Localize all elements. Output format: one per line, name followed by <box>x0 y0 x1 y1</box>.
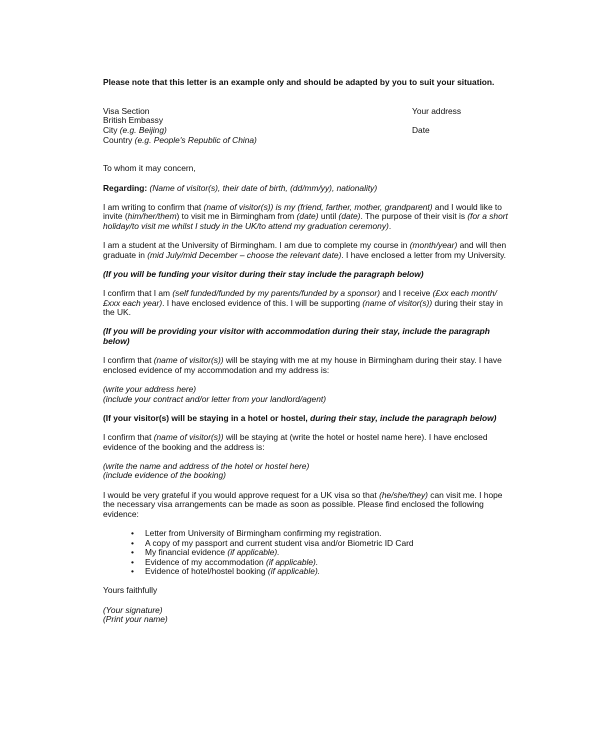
text-span: Evidence of hotel/hostel booking <box>145 566 268 576</box>
text-span: Letter from University of Birmingham con… <box>145 528 381 538</box>
paragraph-funding: I confirm that I am (self funded/funded … <box>103 289 513 318</box>
text-span: (name of visitor(s)) is my (friend, fart… <box>204 202 433 212</box>
text-span: until <box>319 211 339 221</box>
text-span: (self funded/funded by my parents/funded… <box>172 288 380 298</box>
text-span: (he/she/they) <box>379 490 428 500</box>
text-span: . I have enclosed a letter from my Unive… <box>341 250 506 260</box>
text-span: (date) <box>339 211 361 221</box>
note: Please note that this letter is an examp… <box>103 78 513 88</box>
text-span: (if applicable). <box>227 547 279 557</box>
recipient-city: City <box>103 125 120 135</box>
recipient-country-example: (e.g. People's Republic of China) <box>135 135 257 145</box>
letter-page: Please note that this letter is an examp… <box>103 78 513 625</box>
text-span: I am a student at the University of Birm… <box>103 240 410 250</box>
text-span: (if applicable). <box>266 557 318 567</box>
text-span: (If your visitor(s) will be staying in a… <box>103 413 310 423</box>
paragraph-hotel: I confirm that (name of visitor(s)) will… <box>103 433 513 452</box>
text-span: Evidence of my accommodation <box>145 557 266 567</box>
paragraph-invite: I am writing to confirm that (name of vi… <box>103 203 513 232</box>
text-span: ) to visit me in Birmingham from <box>177 211 297 221</box>
list-item: Evidence of hotel/hostel booking (if app… <box>131 567 513 577</box>
text-span: I confirm that <box>103 432 154 442</box>
print-name-placeholder: (Print your name) <box>103 615 513 625</box>
text-span: (name of visitor(s)) <box>362 298 432 308</box>
text-span: (name of visitor(s)) <box>154 355 224 365</box>
recipient-country: Country <box>103 135 135 145</box>
text-span: during their stay, include the paragraph… <box>310 413 496 423</box>
paragraph-request: I would be very grateful if you would ap… <box>103 491 513 520</box>
recipient-city-example: (e.g. Beijing) <box>120 125 167 135</box>
paragraph-accommodation: I confirm that (name of visitor(s)) will… <box>103 356 513 375</box>
contract-note: (include your contract and/or letter fro… <box>103 395 513 405</box>
text-span: I confirm that <box>103 355 154 365</box>
sender-date: Date <box>412 126 430 136</box>
recipient-line1: Visa Section <box>103 106 149 116</box>
text-span: (if applicable). <box>268 566 320 576</box>
text-span: him/her/them <box>128 211 177 221</box>
text-span: and I receive <box>380 288 433 298</box>
regarding-label: Regarding: <box>103 183 147 193</box>
address-block: Visa SectionYour address British Embassy… <box>103 107 513 145</box>
text-span: I am writing to confirm that <box>103 202 204 212</box>
text-span: . <box>389 221 391 231</box>
text-span: . I have enclosed evidence of this. I wi… <box>162 298 362 308</box>
text-span: (date) <box>297 211 319 221</box>
paragraph-student: I am a student at the University of Birm… <box>103 241 513 260</box>
text-span: (name of visitor(s)) <box>154 432 224 442</box>
heading-accommodation: (If you will be providing your visitor w… <box>103 327 513 346</box>
text-span: . The purpose of their visit is <box>360 211 467 221</box>
regarding-line: Regarding: (Name of visitor(s), their da… <box>103 184 513 194</box>
heading-hotel: (If your visitor(s) will be staying in a… <box>103 414 513 424</box>
text-span: (mid July/mid December – choose the rele… <box>147 250 341 260</box>
salutation: To whom it may concern, <box>103 164 513 174</box>
regarding-text: (Name of visitor(s), their date of birth… <box>147 183 377 193</box>
heading-funding: (If you will be funding your visitor dur… <box>103 270 513 280</box>
sender-address: Your address <box>412 107 461 117</box>
booking-note: (include evidence of the booking) <box>103 471 513 481</box>
text-span: My financial evidence <box>145 547 227 557</box>
text-span: I confirm that I am <box>103 288 172 298</box>
closing: Yours faithfully <box>103 586 513 596</box>
text-span: (month/year) <box>410 240 457 250</box>
text-span: I would be very grateful if you would ap… <box>103 490 379 500</box>
evidence-list: Letter from University of Birmingham con… <box>103 529 513 577</box>
text-span: A copy of my passport and current studen… <box>145 538 414 548</box>
